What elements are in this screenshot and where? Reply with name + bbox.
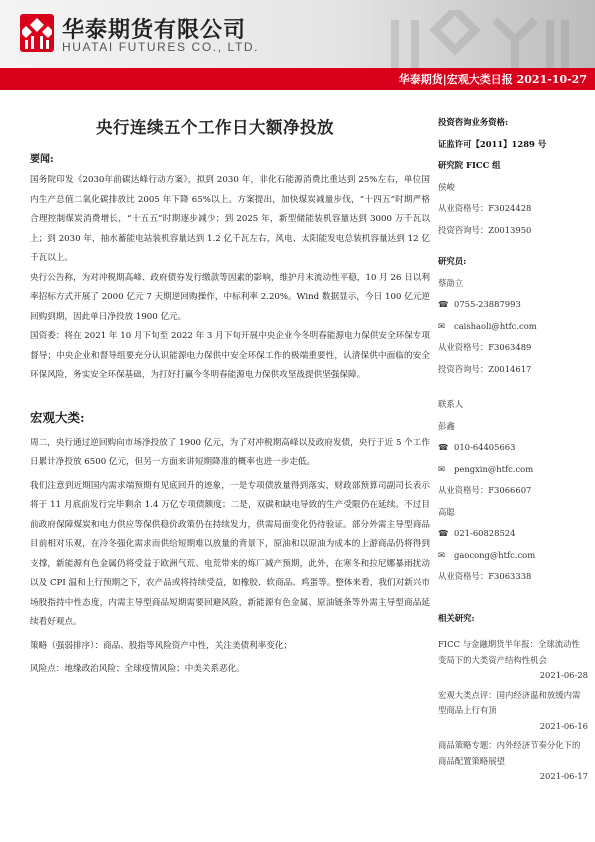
macro-paragraph-2: 我们注意到近期国内需求端预期有见底回升的迹象，一是专项债放量得到落实，财政部预算…	[30, 477, 430, 633]
email-icon: ✉	[438, 316, 454, 338]
contact-1-practice-no: 从业资格号：F3066607	[438, 480, 588, 502]
news-paragraph-2: 央行公告称，为对冲税期高峰、政府债券发行缴款等因素的影响，维护月末流动性平稳，1…	[30, 269, 430, 328]
risk-line: 风险点：地缘政治风险；全球疫情风险；中美关系恶化。	[30, 660, 430, 680]
huatai-logo-icon	[20, 14, 54, 52]
related-item-1-date: 2021-06-28	[438, 668, 588, 684]
researcher-email[interactable]: caishaoli@htfc.com	[454, 321, 537, 331]
macro-heading: 宏观大类:	[30, 408, 430, 426]
related-item-1-title[interactable]: FICC 与金融期货半年报：全球流动性变局下的大类资产结构性机会	[438, 637, 588, 668]
contact-label: 联系人	[438, 394, 588, 416]
phone-icon: ☎	[438, 523, 454, 545]
report-title: 央行连续五个工作日大额净投放	[0, 114, 430, 138]
news-paragraph-1: 国务院印发《2030年前碳达峰行动方案》，拟到 2030 年，非化石能源消费比重…	[30, 171, 430, 269]
researcher-name: 蔡劭立	[438, 273, 588, 295]
strategy-line: 策略（强弱排序）：商品、股指等风险资产中性，关注美债利率变化；	[30, 637, 430, 657]
report-tag: 华泰期货|宏观大类日报 2021-10-27	[399, 71, 587, 87]
email-icon: ✉	[438, 545, 454, 567]
lead-name: 侯峻	[438, 177, 588, 199]
contact-2-practice-no: 从业资格号：F3063338	[438, 566, 588, 588]
phone-icon: ☎	[438, 437, 454, 459]
author-sidebar: 投资咨询业务资格: 证监许可【2011】1289 号 研究院 FICC 组 侯峻…	[438, 112, 588, 789]
qualification-label: 投资咨询业务资格:	[438, 112, 588, 134]
related-research-label: 相关研究:	[438, 608, 588, 630]
header-red-bar: 华泰期货|宏观大类日报 2021-10-27	[0, 68, 595, 90]
contact-1-email[interactable]: pengxin@htfc.com	[454, 464, 533, 474]
contact-2-email[interactable]: gaocong@htfc.com	[454, 550, 535, 560]
contact-2-phone: 021-60828524	[454, 528, 515, 538]
related-item-2-date: 2021-06-16	[438, 719, 588, 735]
related-item-3-date: 2021-06-17	[438, 769, 588, 785]
researcher-label: 研究员:	[438, 251, 588, 273]
research-group: 研究院 FICC 组	[438, 155, 588, 177]
related-item-3-title[interactable]: 商品策略专题：内外经济节奏分化下的商品配置策略展望	[438, 738, 588, 769]
contact-1-phone: 010-64405663	[454, 442, 515, 452]
macro-paragraph-1: 周二，央行通过逆回购向市场净投放了 1900 亿元，为了对冲税期高峰以及政府发债…	[30, 434, 430, 473]
related-item-2-title[interactable]: 宏观大类点评：国内经济温和放缓内需型商品上行有顶	[438, 688, 588, 719]
news-heading: 要闻:	[30, 150, 430, 165]
contact-2-name: 高聪	[438, 502, 588, 524]
license-number: 证监许可【2011】1289 号	[438, 134, 588, 156]
contact-1-name: 彭鑫	[438, 416, 588, 438]
email-icon: ✉	[438, 459, 454, 481]
researcher-phone: 0755-23887993	[454, 299, 521, 309]
main-content: 要闻: 国务院印发《2030年前碳达峰行动方案》，拟到 2030 年，非化石能源…	[30, 150, 430, 680]
researcher-advisory-no: 投资咨询号：Z0014617	[438, 359, 588, 381]
news-paragraph-3: 国资委：将在 2021 年 10 月下旬至 2022 年 3 月下旬开展中央企业…	[30, 327, 430, 386]
phone-icon: ☎	[438, 294, 454, 316]
watermark-logo-icon	[375, 10, 575, 68]
lead-practice-no: 从业资格号：F3024428	[438, 198, 588, 220]
company-name-en: HUATAI FUTURES CO., LTD.	[62, 40, 259, 54]
lead-advisory-no: 投资咨询号：Z0013950	[438, 220, 588, 242]
researcher-practice-no: 从业资格号：F3063489	[438, 337, 588, 359]
report-header: 华泰期货有限公司 HUATAI FUTURES CO., LTD.	[0, 0, 595, 68]
